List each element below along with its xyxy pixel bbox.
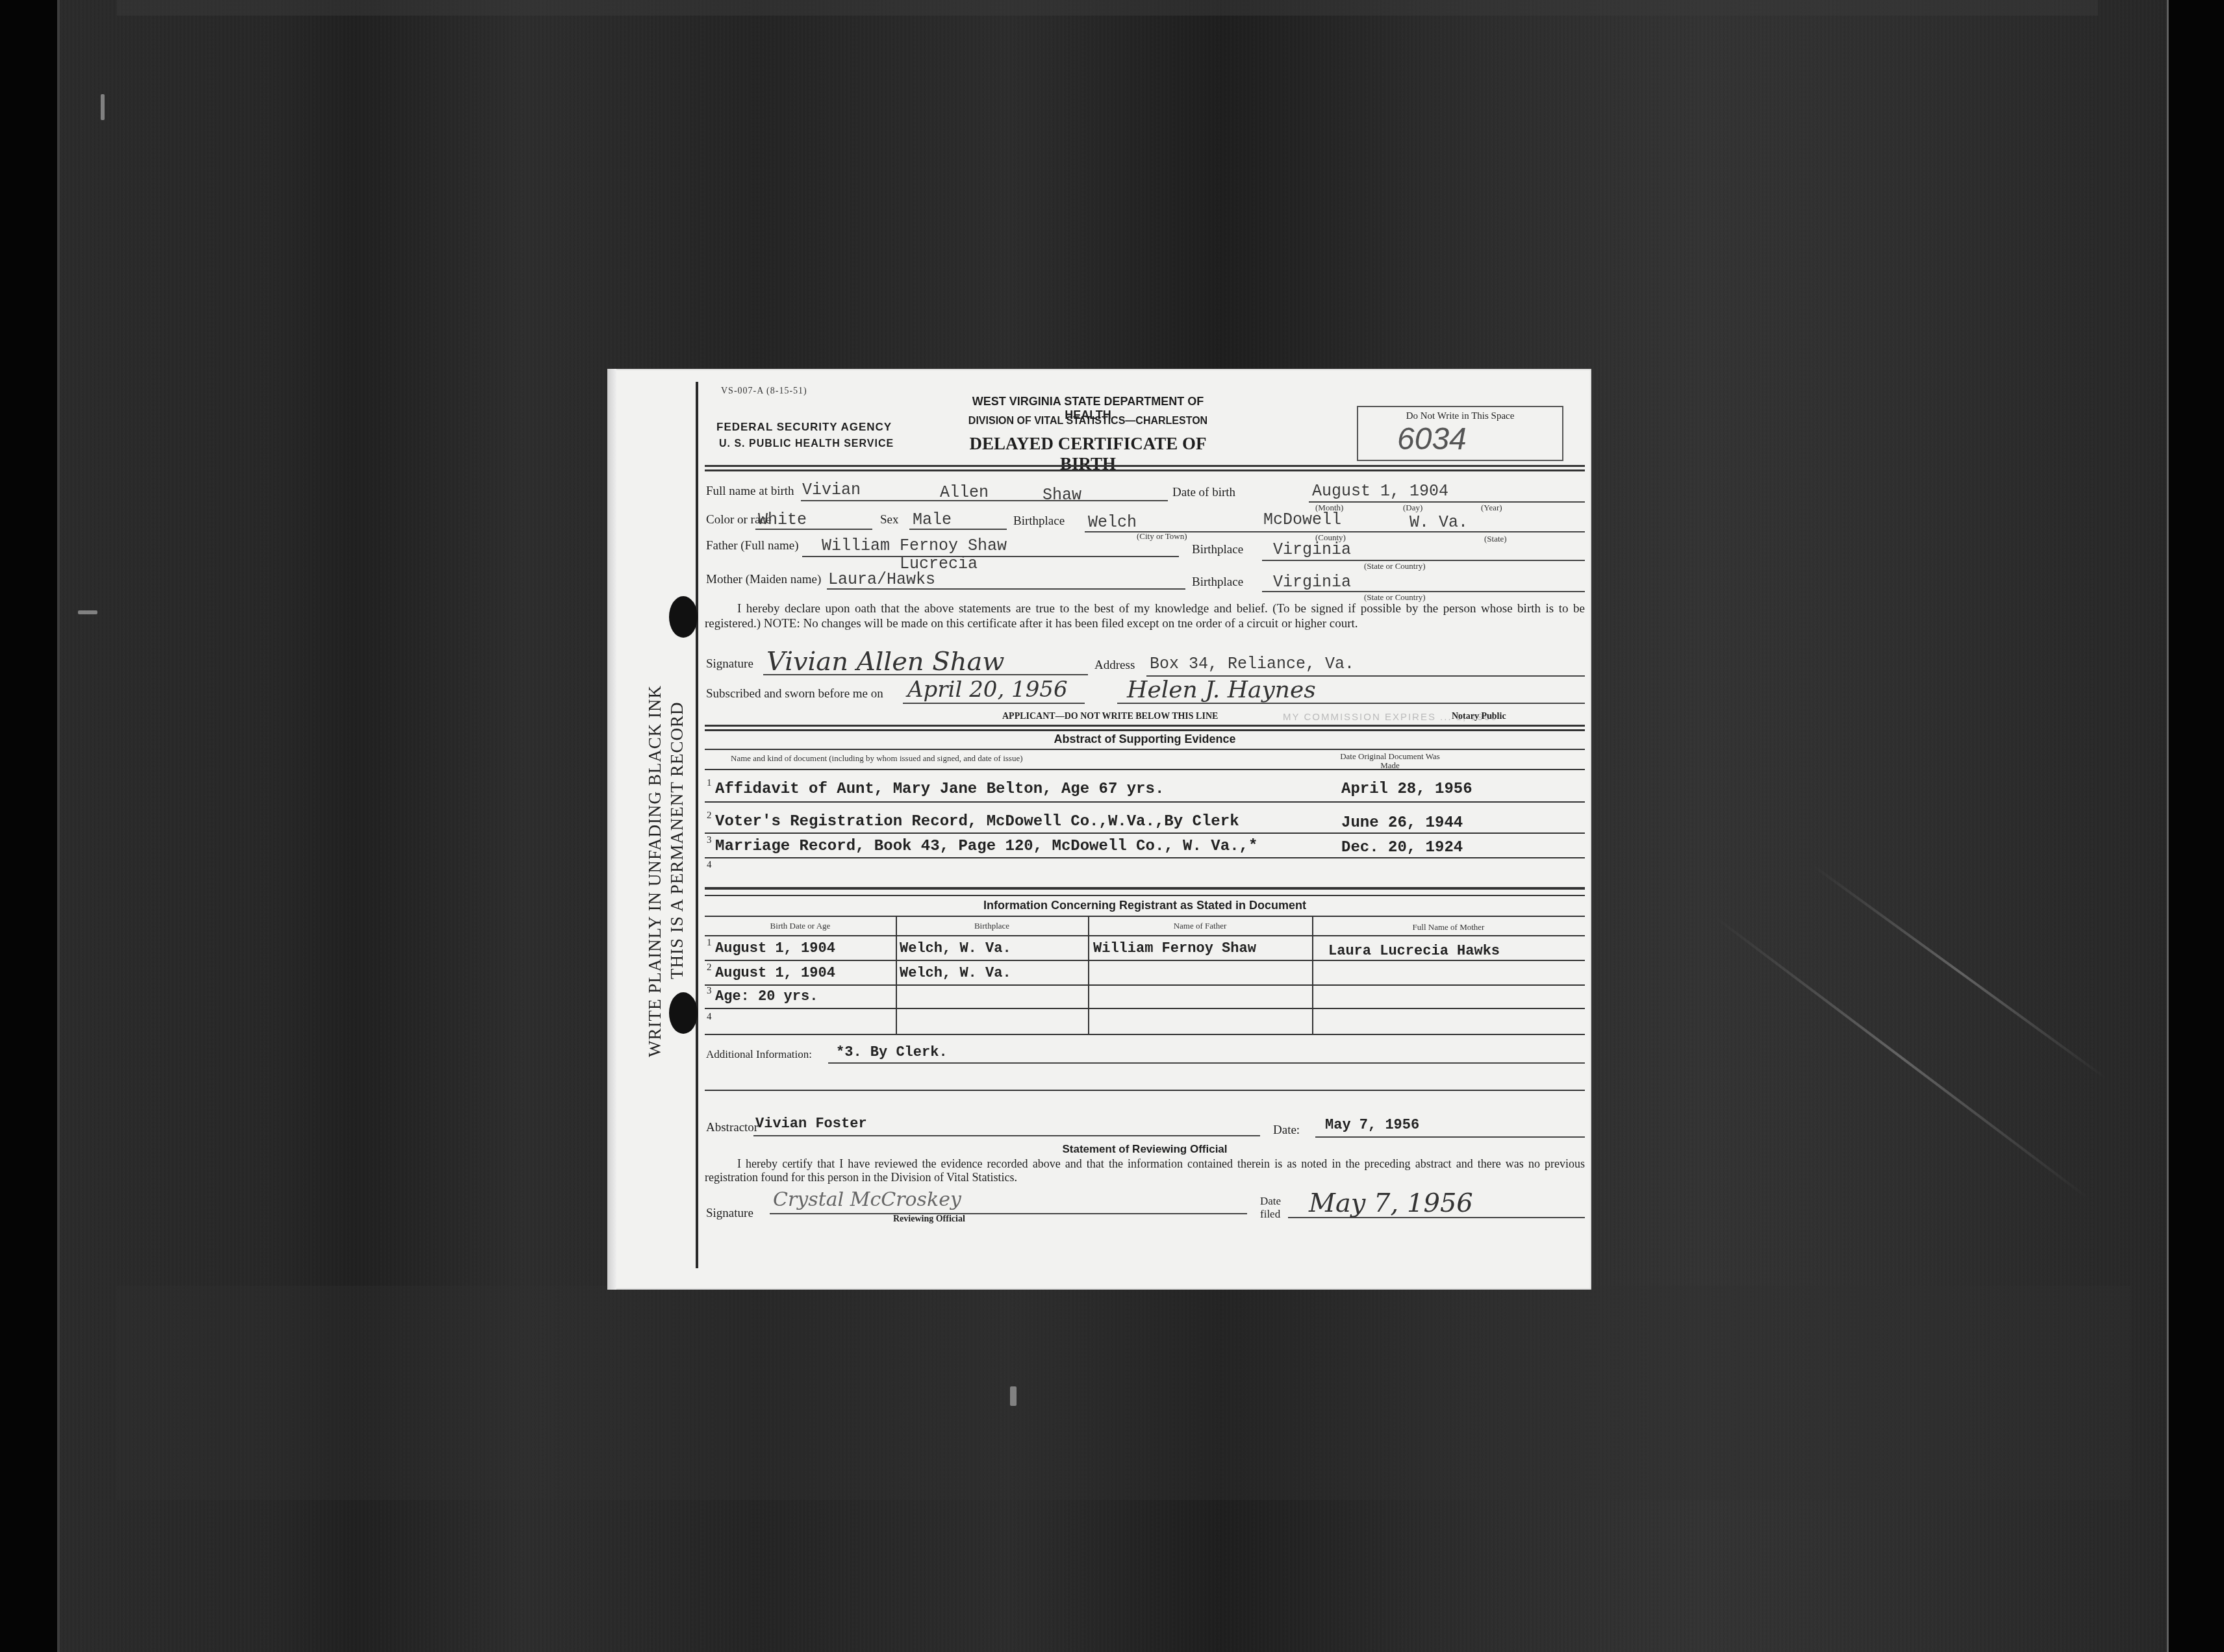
row-number: 1 bbox=[707, 778, 712, 789]
additional-info: *3. By Clerk. bbox=[836, 1044, 948, 1060]
info-birthplace: Welch, W. Va. bbox=[900, 940, 1011, 957]
date-filed: May 7, 1956 bbox=[1309, 1188, 1473, 1218]
reviewer-signature: Crystal McCroskey bbox=[773, 1188, 961, 1211]
hint-year: (Year) bbox=[1481, 503, 1502, 513]
abstractor-underline bbox=[753, 1135, 1260, 1136]
father-birthplace-hint: (State or Country) bbox=[1364, 561, 1426, 571]
margin-text-line2: THIS IS A PERMANENT RECORD bbox=[667, 701, 687, 979]
review-signature-label: Signature bbox=[706, 1207, 753, 1221]
film-band-bottom bbox=[117, 1286, 2130, 1500]
review-title: Statement of Reviewing Official bbox=[705, 1143, 1585, 1156]
hint-state: (State) bbox=[1484, 534, 1507, 544]
date-filed-underline bbox=[1288, 1217, 1585, 1218]
film-speck bbox=[101, 94, 105, 120]
full-name-label: Full name at birth bbox=[706, 484, 794, 499]
review-text: I hereby certify that I have reviewed th… bbox=[705, 1157, 1585, 1184]
sworn-date-underline bbox=[903, 703, 1085, 704]
row-number: 3 bbox=[707, 986, 712, 997]
reviewer-underline bbox=[770, 1213, 1247, 1214]
oath-text: I hereby declare upon oath that the abov… bbox=[705, 601, 1585, 631]
col-father-header: Name of Father bbox=[1088, 921, 1312, 931]
header-division: DIVISION OF VITAL STATISTICS—CHARLESTON bbox=[958, 416, 1218, 427]
info-father: William Fernoy Shaw bbox=[1093, 940, 1256, 957]
father-underline bbox=[802, 556, 1179, 557]
rule bbox=[705, 749, 1585, 750]
row-number: 2 bbox=[707, 962, 712, 973]
address: Box 34, Reliance, Va. bbox=[1150, 655, 1354, 673]
info-birth: Age: 20 yrs. bbox=[715, 988, 818, 1005]
evidence-date: April 28, 1956 bbox=[1341, 781, 1472, 798]
certificate-number: 6034 bbox=[1397, 421, 1467, 457]
rule bbox=[705, 916, 1585, 917]
col-mother-header: Full Name of Mother bbox=[1312, 922, 1585, 932]
rule bbox=[705, 935, 1585, 936]
punch-hole bbox=[669, 596, 698, 638]
sex-underline bbox=[909, 529, 1007, 530]
info-mother: Laura Lucrecia Hawks bbox=[1328, 943, 1500, 959]
hint-city: (City or Town) bbox=[1137, 531, 1187, 542]
agency-line2: U. S. PUBLIC HEALTH SERVICE bbox=[719, 438, 894, 450]
abstractor-name: Vivian Foster bbox=[755, 1116, 867, 1132]
punch-hole bbox=[669, 992, 698, 1034]
father-label: Father (Full name) bbox=[706, 539, 798, 553]
birthplace-label: Birthplace bbox=[1013, 514, 1065, 529]
sworn-date: April 20, 1956 bbox=[907, 677, 1068, 703]
father-birthplace-label: Birthplace bbox=[1192, 543, 1243, 557]
sex: Male bbox=[913, 510, 952, 529]
evidence-date: June 26, 1944 bbox=[1341, 814, 1463, 832]
last-name: Shaw bbox=[1042, 486, 1081, 505]
registrant-info-title: Information Concerning Registrant as Sta… bbox=[705, 899, 1585, 912]
sworn-label: Subscribed and sworn before me on bbox=[706, 687, 883, 701]
date-filed-label-2: filed bbox=[1260, 1208, 1280, 1221]
notary-public-label: Notary Public bbox=[1452, 712, 1506, 722]
rule bbox=[705, 960, 1585, 961]
film-edge-left bbox=[57, 0, 60, 1652]
mother-birthplace-label: Birthplace bbox=[1192, 575, 1243, 590]
notary-signature: Helen J. Haynes bbox=[1127, 677, 1316, 703]
rule bbox=[705, 984, 1585, 986]
sex-label: Sex bbox=[880, 513, 899, 527]
father-name: William Fernoy Shaw bbox=[822, 536, 1007, 555]
middle-name: Allen bbox=[940, 483, 989, 502]
col-divider bbox=[1312, 916, 1313, 1034]
additional-underline bbox=[828, 1062, 1585, 1064]
address-label: Address bbox=[1094, 658, 1135, 673]
rule bbox=[705, 1034, 1585, 1035]
abstractor-label: Abstractor bbox=[706, 1121, 758, 1135]
rule bbox=[705, 887, 1585, 890]
hint-day: (Day) bbox=[1403, 503, 1422, 513]
margin-text-line1: WRITE PLAINLY IN UNFADING BLACK INK bbox=[645, 685, 665, 1057]
birth-city: Welch bbox=[1088, 513, 1137, 532]
date-filed-label-1: Date bbox=[1260, 1195, 1281, 1208]
dob-underline bbox=[1309, 501, 1585, 503]
info-birth: August 1, 1904 bbox=[715, 940, 835, 957]
evidence-col-document: Name and kind of document (including by … bbox=[731, 753, 1023, 764]
margin-rule bbox=[696, 382, 698, 1268]
name-underline bbox=[801, 500, 1168, 501]
delayed-birth-certificate: WRITE PLAINLY IN UNFADING BLACK INK THIS… bbox=[607, 369, 1591, 1290]
date-of-birth: August 1, 1904 bbox=[1312, 482, 1448, 501]
page-edge-shadow bbox=[607, 369, 616, 1290]
signature-underline bbox=[763, 674, 1088, 675]
notary-underline bbox=[1117, 703, 1585, 704]
birth-state: W. Va. bbox=[1409, 513, 1468, 532]
father-birthplace: Virginia bbox=[1273, 540, 1351, 559]
row-number: 3 bbox=[707, 835, 712, 846]
evidence-title: Abstract of Supporting Evidence bbox=[705, 732, 1585, 746]
applicant-notice: APPLICANT—DO NOT WRITE BELOW THIS LINE bbox=[1002, 712, 1218, 722]
rule bbox=[705, 895, 1585, 896]
mother-name: Laura/Hawks bbox=[828, 570, 935, 589]
film-speck bbox=[78, 610, 97, 614]
reviewing-official-label: Reviewing Official bbox=[893, 1214, 965, 1225]
film-edge-right bbox=[2167, 0, 2169, 1652]
first-name: Vivian bbox=[802, 481, 861, 499]
abstract-date-label: Date: bbox=[1273, 1123, 1300, 1138]
applicant-signature: Vivian Allen Shaw bbox=[766, 647, 1005, 677]
row-number: 4 bbox=[707, 1012, 712, 1023]
evidence-document: Affidavit of Aunt, Mary Jane Belton, Age… bbox=[715, 781, 1164, 798]
row-number: 4 bbox=[707, 860, 712, 871]
header-rule bbox=[705, 465, 1585, 471]
agency-line1: FEDERAL SECURITY AGENCY bbox=[716, 421, 892, 434]
rule bbox=[705, 769, 1585, 770]
evidence-document: Voter's Registration Record, McDowell Co… bbox=[715, 813, 1239, 831]
race: White bbox=[758, 510, 807, 529]
office-use-label: Do Not Write in This Space bbox=[1358, 411, 1562, 422]
abstract-date-underline bbox=[1315, 1136, 1585, 1138]
rule bbox=[705, 1008, 1585, 1009]
rule bbox=[705, 857, 1585, 858]
evidence-top-rule bbox=[705, 725, 1585, 731]
mother-label: Mother (Maiden name) bbox=[706, 573, 821, 587]
form-number: VS-007-A (8-15-51) bbox=[721, 386, 807, 397]
col-birth-header: Birth Date or Age bbox=[705, 921, 896, 931]
mother-underline bbox=[827, 588, 1185, 590]
col-divider bbox=[896, 916, 897, 1034]
rule bbox=[705, 801, 1585, 803]
col-birthplace-header: Birthplace bbox=[896, 921, 1088, 931]
rule bbox=[705, 832, 1585, 834]
evidence-date: Dec. 20, 1924 bbox=[1341, 839, 1463, 857]
additional-info-label: Additional Information: bbox=[706, 1048, 812, 1061]
film-band-top bbox=[117, 0, 2098, 16]
info-birthplace: Welch, W. Va. bbox=[900, 965, 1011, 981]
margin-instruction: WRITE PLAINLY IN UNFADING BLACK INK THIS… bbox=[633, 603, 696, 1109]
row-number: 1 bbox=[707, 938, 712, 949]
rule bbox=[705, 1090, 1585, 1091]
race-underline bbox=[755, 529, 872, 530]
evidence-col-date: Date Original Document Was Made bbox=[1338, 752, 1442, 770]
birth-county: McDowell bbox=[1263, 510, 1341, 529]
mother-birthplace: Virginia bbox=[1273, 573, 1351, 592]
col-divider bbox=[1088, 916, 1089, 1034]
row-number: 2 bbox=[707, 810, 712, 821]
film-speck bbox=[1010, 1386, 1017, 1406]
applicant-signature-label: Signature bbox=[706, 657, 753, 671]
evidence-document: Marriage Record, Book 43, Page 120, McDo… bbox=[715, 838, 1257, 855]
abstract-date: May 7, 1956 bbox=[1325, 1117, 1419, 1133]
office-use-box: Do Not Write in This Space 6034 bbox=[1357, 406, 1563, 461]
dob-label: Date of birth bbox=[1172, 486, 1235, 500]
info-birth: August 1, 1904 bbox=[715, 965, 835, 981]
